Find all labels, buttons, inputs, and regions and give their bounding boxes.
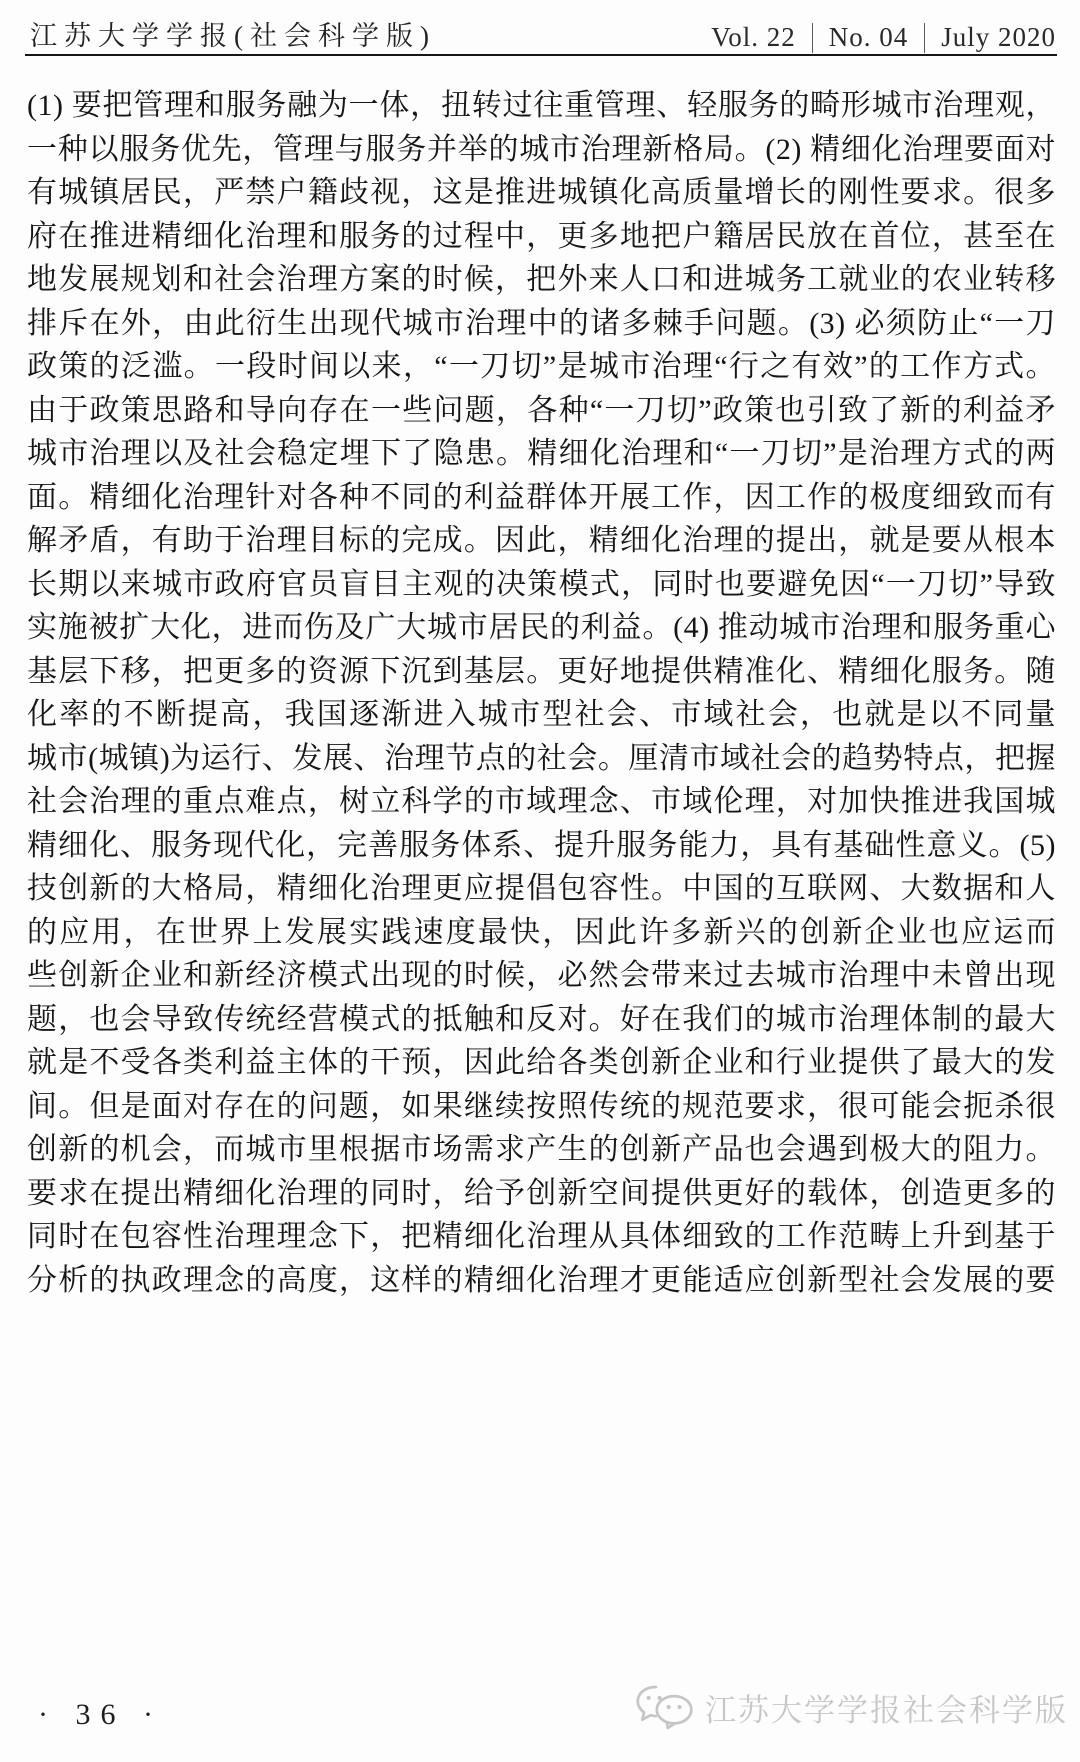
paragraph-line: 实施被扩大化，进而伤及广大城市居民的利益。(4) 推动城市治理和服务重心向 [27,606,1056,650]
paragraph-line: 创新的机会，而城市里根据市场需求产生的创新产品也会遇到极大的阻力。这就 [27,1128,1056,1172]
paragraph-line: 题，也会导致传统经营模式的抵触和反对。好在我们的城市治理体制的最大优势 [27,998,1056,1042]
wechat-logo-icon [635,1684,695,1730]
paragraph-line: 城市治理以及社会稳定埋下了隐患。精细化治理和“一刀切”是治理方式的两个方 [27,432,1056,476]
paragraph-line: 面。精细化治理针对各种不同的利益群体开展工作，因工作的极度细致而有效化 [27,476,1056,520]
paragraph-line: 技创新的大格局，精细化治理更应提倡包容性。中国的互联网、大数据和人工智能 [27,867,1056,911]
paragraph-line: (1) 要把管理和服务融为一体，扭转过往重管理、轻服务的畸形城市治理观，建构 [27,84,1056,128]
paragraph-line: 就是不受各类利益主体的干预，因此给各类创新企业和行业提供了最大的发展空 [27,1041,1056,1085]
separator-bar-icon [812,23,813,53]
paragraph-line: 有城镇居民，严禁户籍歧视，这是推进城镇化高质量增长的刚性要求。很多城市政 [27,171,1056,215]
paragraph-line: 由于政策思路和导向存在一些问题，各种“一刀切”政策也引致了新的利益矛盾，给 [27,389,1056,433]
issue-date-label: July 2020 [941,22,1056,53]
issue-info: Vol. 22 No. 04 July 2020 [711,22,1056,53]
volume-label: Vol. 22 [711,22,796,53]
paragraph-line: 排斥在外，由此衍生出现代城市治理中的诸多棘手问题。(3) 必须防止“一刀切” [27,302,1056,346]
article-body: (1) 要把管理和服务融为一体，扭转过往重管理、轻服务的畸形城市治理观，建构一种… [27,84,1056,1302]
paragraph-line: 府在推进精细化治理和服务的过程中，更多地把户籍居民放在首位，甚至在制定当 [27,215,1056,259]
watermark-text: 江苏大学学报社会科学版 [705,1685,1068,1730]
paragraph-line: 的应用，在世界上发展实践速度最快，因此许多新兴的创新企业也应运而生。当这 [27,911,1056,955]
paragraph-line: 基层下移，把更多的资源下沉到基层。更好地提供精准化、精细化服务。随着城市 [27,650,1056,694]
paragraph-line: 化率的不断提高，我国逐渐进入城市型社会、市域社会，也就是以不同量级、类型的 [27,693,1056,737]
paragraph-line: 分析的执政理念的高度，这样的精细化治理才更能适应创新型社会发展的要求。 [27,1259,1056,1303]
paragraph-line: 间。但是面对存在的问题，如果继续按照传统的规范要求，很可能会扼杀很多企业 [27,1085,1056,1129]
paragraph-line: 地发展规划和社会治理方案的时候，把外来人口和进城务工就业的农业转移人口 [27,258,1056,302]
issue-number-label: No. 04 [829,22,909,53]
paragraph-line: 社会治理的重点难点，树立科学的市域理念、市域伦理，对加快推进我国城市治理 [27,780,1056,824]
paragraph-line: 城市(城镇)为运行、发展、治理节点的社会。厘清市域社会的趋势特点，把握市域 [27,737,1056,781]
paragraph-line: 些创新企业和新经济模式出现的时候，必然会带来过去城市治理中未曾出现的问 [27,954,1056,998]
page-number: · 36 · [38,1698,163,1732]
paragraph-line: 同时在包容性治理理念下，把精细化治理从具体细致的工作范畴上升到基于科学 [27,1215,1056,1259]
watermark: 江苏大学学报社会科学版 [635,1684,1068,1730]
paragraph-line: 解矛盾，有助于治理目标的完成。因此，精细化治理的提出，就是要从根本上改变 [27,519,1056,563]
separator-bar-icon [924,23,925,53]
journal-name: 江苏大学学报(社会科学版) [30,14,436,53]
paragraph-line: 政策的泛滥。一段时间以来，“一刀切”是城市治理“行之有效”的工作方式。但是 [27,345,1056,389]
paragraph-line: 长期以来城市政府官员盲目主观的决策模式，同时也要避免因“一刀切”导致政策 [27,563,1056,607]
journal-page: 江苏大学学报(社会科学版) Vol. 22 No. 04 July 2020 (… [0,0,1080,1762]
header-rule [25,54,1057,56]
paragraph-line: 一种以服务优先，管理与服务并举的城市治理新格局。(2) 精细化治理要面对所 [27,128,1056,172]
paragraph-line: 精细化、服务现代化，完善服务体系、提升服务能力，具有基础性意义。(5) 面对科 [27,824,1056,868]
page-header: 江苏大学学报(社会科学版) Vol. 22 No. 04 July 2020 [30,14,1056,53]
paragraph-line: 要求在提出精细化治理的同时，给予创新空间提供更好的载体，创造更多的机会。 [27,1172,1056,1216]
